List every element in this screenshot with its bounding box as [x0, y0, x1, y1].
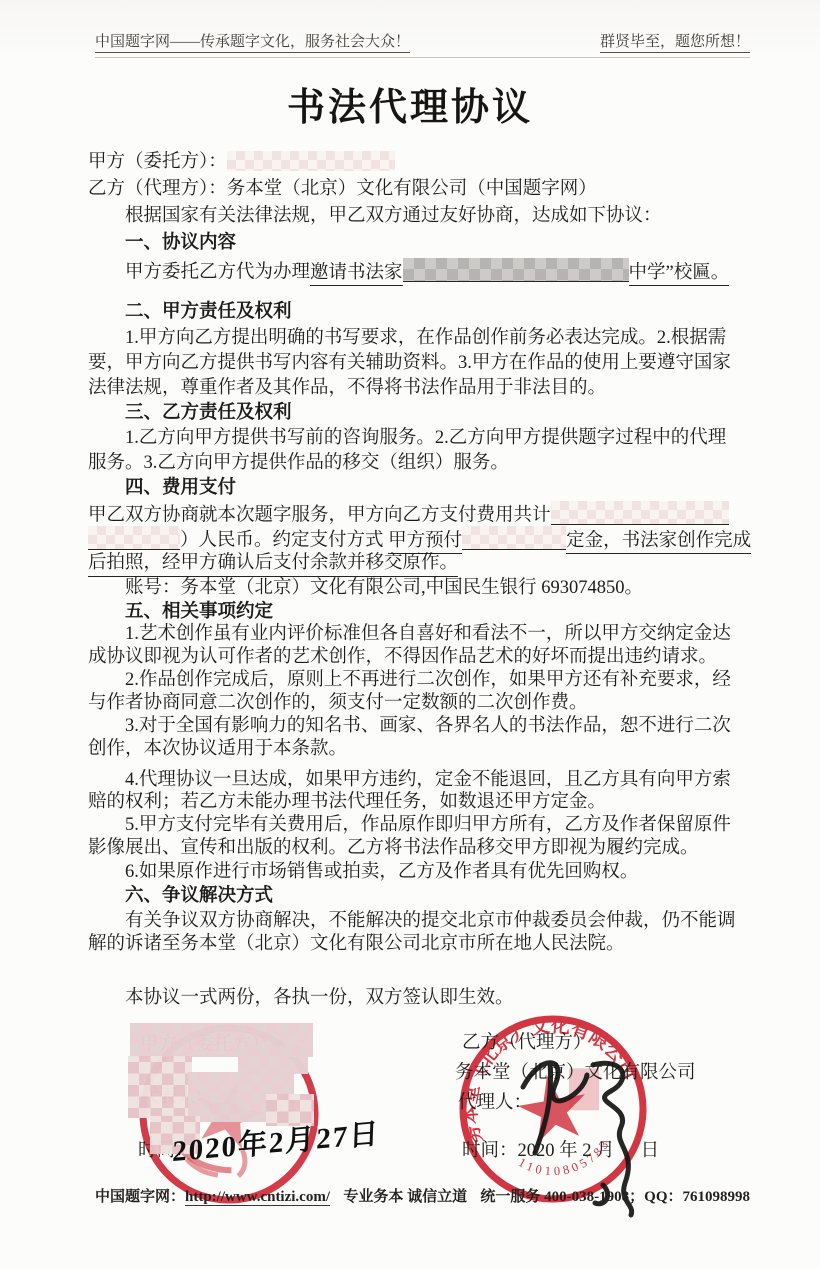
document-line: 六、争议解决方式	[88, 884, 273, 908]
text-run: 1.艺术创作虽有业内评价标准但各自喜好和看法不一，所以甲方交纳定金达	[125, 624, 731, 644]
redaction-mosaic	[88, 526, 180, 550]
text-run: 1.乙方向甲方提供书写前的咨询服务。2.乙方向甲方提供题字过程中的代理	[125, 428, 726, 448]
text-run: 账号：务本堂（北京）文化有限公司,中国民生银行 693074850。	[125, 578, 643, 598]
footer-site-label: 中国题字网：	[95, 1189, 185, 1205]
document-line: 根据国家有关法律法规，甲乙双方通过友好协商，达成如下协议：	[88, 204, 662, 228]
text-run: 有关争议双方协商解决，不能解决的提交北京市仲裁委员会仲裁，仍不能调	[125, 911, 736, 931]
text-run: 五、相关事项约定	[125, 602, 273, 622]
document-line: 有关争议双方协商解决，不能解决的提交北京市仲裁委员会仲裁，仍不能调	[88, 909, 736, 933]
text-run: 一、协议内容	[125, 233, 236, 253]
redaction-mosaic	[551, 501, 729, 525]
document-line: 服务。3.乙方向甲方提供作品的移交（组织）服务。	[88, 451, 509, 475]
redaction-mosaic	[128, 1056, 192, 1118]
document-line: 本协议一式两份，各执一份，双方签认即生效。	[88, 986, 514, 1010]
text-run: 后拍照，经甲方确认后支付余款并移交原作。	[88, 553, 458, 577]
text-run: 赔的权利；若乙方未能办理书法代理任务，如数退还甲方定金。	[88, 792, 606, 812]
header-slogan-left: 中国题字网——传承题字文化，服务社会大众！	[95, 30, 410, 53]
document-line: 解的诉诸至务本堂（北京）文化有限公司北京市所在地人民法院。	[88, 932, 625, 956]
document-line: 乙方（代理方）：务本堂（北京）文化有限公司（中国题字网）	[88, 177, 597, 201]
header-slogan-right: 群贤毕至，题您所想！	[600, 30, 750, 53]
text-run: 二、甲方责任及权利	[125, 302, 292, 322]
document-line: 1.艺术创作虽有业内评价标准但各自喜好和看法不一，所以甲方交纳定金达	[88, 622, 731, 646]
text-run: 创作，本次协议适用于本条款。	[88, 739, 347, 759]
text-run: 5.甲方支付完毕有关费用后，作品原作即归甲方所有，乙方及作者保留原件	[125, 815, 731, 835]
text-run: 6.如果原作进行市场销售或拍卖，乙方及作者具有优先回购权。	[125, 862, 638, 882]
document-line: 赔的权利；若乙方未能办理书法代理任务，如数退还甲方定金。	[88, 790, 606, 814]
text-run: 中学”校匾。	[629, 263, 730, 287]
text-run: 乙方（代理方）：务本堂（北京）文化有限公司（中国题字网）	[88, 179, 597, 199]
text-run: 甲方（委托方）：	[88, 152, 227, 172]
document-line: 4.代理协议一旦达成，如果甲方违约，定金不能退回，且乙方具有向甲方索	[88, 768, 731, 792]
text-run: 甲乙双方协商就本次题字服务，甲方向乙方支付费用共计	[88, 506, 551, 526]
page-header: 中国题字网——传承题字文化，服务社会大众！ 群贤毕至，题您所想！	[95, 30, 750, 58]
redaction-mosaic	[403, 258, 629, 282]
document-line: 一、协议内容	[88, 231, 236, 255]
text-run: 根据国家有关法律法规，甲乙双方通过友好协商，达成如下协议：	[125, 206, 662, 226]
document-line: 甲方（委托方）：	[88, 150, 395, 174]
text-run: 3.对于全国有影响力的知名书、画家、各界名人的书法作品，恕不进行二次	[125, 716, 731, 736]
document-line: ）人民币。约定支付方式 甲方预付定金，书法家创作完成	[88, 526, 751, 550]
document-line: 五、相关事项约定	[88, 600, 273, 624]
document-line: 甲方委托乙方代为办理邀请书法家中学”校匾。	[88, 258, 729, 282]
document-line: 5.甲方支付完毕有关费用后，作品原作即归甲方所有，乙方及作者保留原件	[88, 813, 731, 837]
document-title: 书法代理协议	[0, 76, 820, 131]
footer-url: http://www.cntizi.com/	[185, 1189, 330, 1206]
text-run: 六、争议解决方式	[125, 886, 273, 906]
agreement-document-page: 中国题字网——传承题字文化，服务社会大众！ 群贤毕至，题您所想！ 书法代理协议 …	[0, 0, 820, 1269]
redaction-mosaic	[462, 526, 566, 550]
document-line: 与作者协商同意二次创作的，须支付一定数额的二次创作费。	[88, 691, 588, 715]
document-line: 三、乙方责任及权利	[88, 401, 292, 425]
text-run: 法律法规，尊重作者及其作品，不得将书法作品用于非法目的。	[88, 378, 606, 398]
text-run: 三、乙方责任及权利	[125, 403, 292, 423]
text-run: 1.甲方向乙方提出明确的书写要求，在作品创作前务必表达完成。2.根据需	[125, 328, 726, 348]
text-run: 定金，书法家创作完成	[566, 531, 751, 555]
document-line: 6.如果原作进行市场销售或拍卖，乙方及作者具有优先回购权。	[88, 860, 638, 884]
document-line: 四、费用支付	[88, 476, 236, 500]
page-footer: 中国题字网：http://www.cntizi.com/ 专业务本 诚信立道 统…	[95, 1185, 750, 1206]
footer-motto: 专业务本 诚信立道	[343, 1185, 467, 1206]
document-line: 3.对于全国有影响力的知名书、画家、各界名人的书法作品，恕不进行二次	[88, 714, 731, 738]
document-line: 甲乙双方协商就本次题字服务，甲方向乙方支付费用共计	[88, 501, 729, 525]
document-line: 法律法规，尊重作者及其作品，不得将书法作品用于非法目的。	[88, 376, 606, 400]
redaction-mosaic	[238, 1046, 308, 1074]
text-run: 本协议一式两份，各执一份，双方签认即生效。	[125, 988, 514, 1008]
text-run: 解的诉诸至务本堂（北京）文化有限公司北京市所在地人民法院。	[88, 934, 625, 954]
text-run: 与作者协商同意二次创作的，须支付一定数额的二次创作费。	[88, 693, 588, 713]
text-run: 影像展出、宣传和出版的权利。乙方将书法作品移交甲方即视为履约完成。	[88, 838, 699, 858]
text-run: 邀请书法家	[310, 263, 403, 287]
text-run: 四、费用支付	[125, 478, 236, 498]
document-line: 1.乙方向甲方提供书写前的咨询服务。2.乙方向甲方提供题字过程中的代理	[88, 426, 726, 450]
document-line: 2.作品创作完成后，原则上不再进行二次创作，如果甲方还有补充要求，经	[88, 668, 731, 692]
document-line: 成协议即视为认可作者的艺术创作，不得因作品艺术的好坏而提出违约请求。	[88, 645, 717, 669]
footer-site: 中国题字网：http://www.cntizi.com/	[95, 1185, 330, 1206]
document-line: 后拍照，经甲方确认后支付余款并移交原作。	[88, 551, 458, 575]
text-run: ）人民币。约定支付方式	[180, 531, 388, 551]
footer-contact: 统一服务 400-038-1908；QQ：761098998	[480, 1185, 750, 1206]
document-line: 1.甲方向乙方提出明确的书写要求，在作品创作前务必表达完成。2.根据需	[88, 326, 726, 350]
document-line: 影像展出、宣传和出版的权利。乙方将书法作品移交甲方即视为履约完成。	[88, 836, 699, 860]
redaction-mosaic	[227, 151, 395, 171]
text-run: 4.代理协议一旦达成，如果甲方违约，定金不能退回，且乙方具有向甲方索	[125, 770, 731, 790]
document-line: 创作，本次协议适用于本条款。	[88, 737, 347, 761]
text-run: 要，甲方向乙方提供书写内容有关辅助资料。3.甲方在作品的使用上要遵守国家	[88, 353, 731, 373]
document-line: 账号：务本堂（北京）文化有限公司,中国民生银行 693074850。	[88, 576, 643, 600]
text-run: 甲方委托乙方代为办理	[125, 263, 310, 283]
text-run: 服务。3.乙方向甲方提供作品的移交（组织）服务。	[88, 453, 509, 473]
text-run: 成协议即视为认可作者的艺术创作，不得因作品艺术的好坏而提出违约请求。	[88, 647, 717, 667]
document-line: 二、甲方责任及权利	[88, 300, 292, 324]
text-run: 2.作品创作完成后，原则上不再进行二次创作，如果甲方还有补充要求，经	[125, 670, 731, 690]
document-line: 要，甲方向乙方提供书写内容有关辅助资料。3.甲方在作品的使用上要遵守国家	[88, 351, 731, 375]
